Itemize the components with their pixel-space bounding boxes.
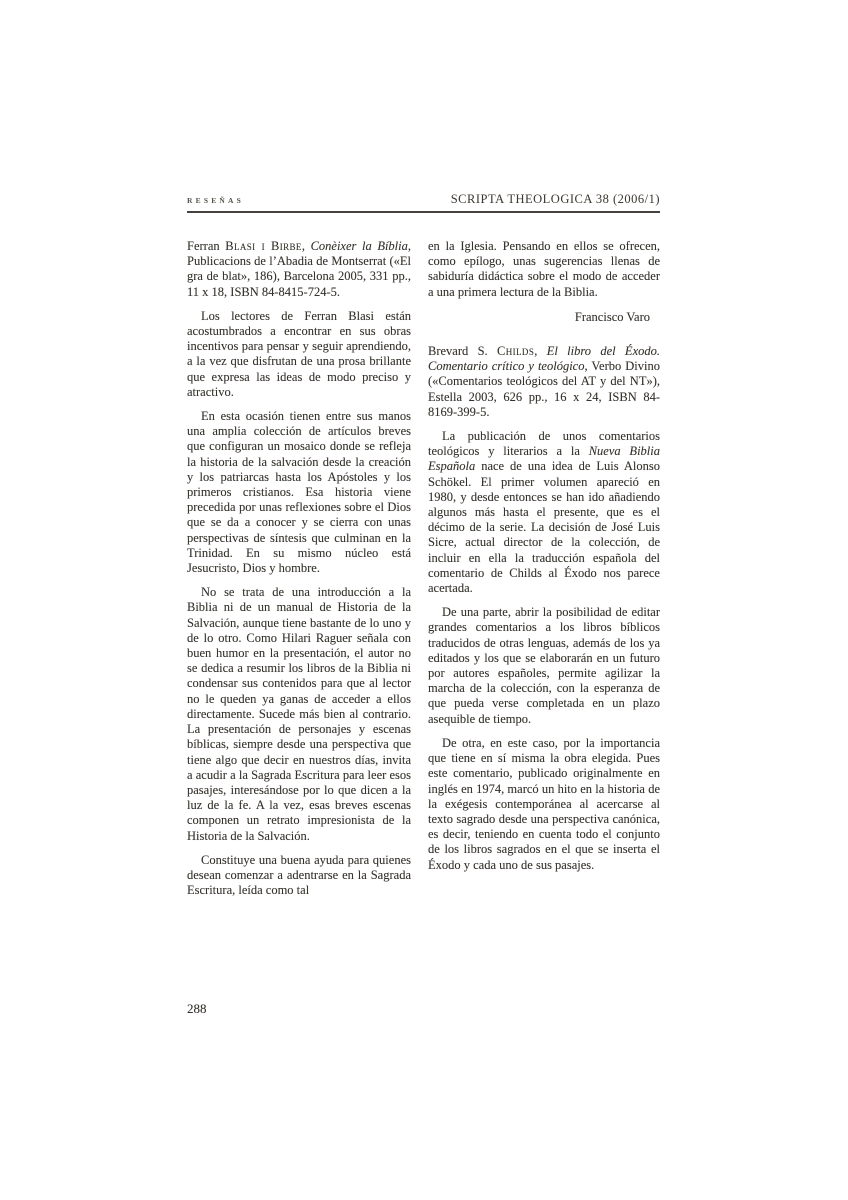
entry-author-forename: Ferran: [187, 239, 225, 253]
book-entry-2: Brevard S. Childs, El libro del Éxodo. C…: [428, 344, 660, 420]
entry-author-forename: Brevard S.: [428, 344, 497, 358]
entry-separator: ,: [302, 239, 311, 253]
review-paragraph: De una parte, abrir la posibilidad de ed…: [428, 605, 660, 727]
entry-separator: ,: [534, 344, 546, 358]
review-paragraph: Constituye una buena ayuda para quienes …: [187, 853, 411, 899]
entry-author-surname: Childs: [497, 344, 534, 358]
review-paragraph-continuation: en la Iglesia. Pensando en ellos se ofre…: [428, 239, 660, 300]
running-head: RESEÑAS: [187, 196, 244, 207]
page-number: 288: [187, 1001, 207, 1017]
review-paragraph: En esta ocasión tienen entre sus manos u…: [187, 409, 411, 576]
reviewer-signature: Francisco Varo: [428, 310, 660, 325]
entry-book-title: Conèixer la Bíblia: [311, 239, 408, 253]
paragraph-text: nace de una idea de Luis Alonso Schökel.…: [428, 459, 660, 595]
scanned-journal-page: RESEÑAS SCRIPTA THEOLOGICA 38 (2006/1) F…: [0, 0, 848, 1200]
entry-author-surname: Blasi i Birbe: [225, 239, 302, 253]
page-header: RESEÑAS SCRIPTA THEOLOGICA 38 (2006/1): [187, 192, 660, 213]
review-paragraph: La publicación de unos comentarios teoló…: [428, 429, 660, 596]
left-column: Ferran Blasi i Birbe, Conèixer la Bíblia…: [187, 239, 411, 898]
journal-title: SCRIPTA THEOLOGICA 38 (2006/1): [451, 192, 660, 207]
book-entry-1: Ferran Blasi i Birbe, Conèixer la Bíblia…: [187, 239, 411, 300]
page-content: RESEÑAS SCRIPTA THEOLOGICA 38 (2006/1) F…: [187, 192, 660, 898]
review-paragraph: Los lectores de Ferran Blasi están acost…: [187, 309, 411, 400]
right-column: en la Iglesia. Pensando en ellos se ofre…: [428, 239, 660, 898]
two-column-body: Ferran Blasi i Birbe, Conèixer la Bíblia…: [187, 239, 660, 898]
review-paragraph: De otra, en este caso, por la importanci…: [428, 736, 660, 873]
review-paragraph: No se trata de una introducción a la Bib…: [187, 585, 411, 843]
